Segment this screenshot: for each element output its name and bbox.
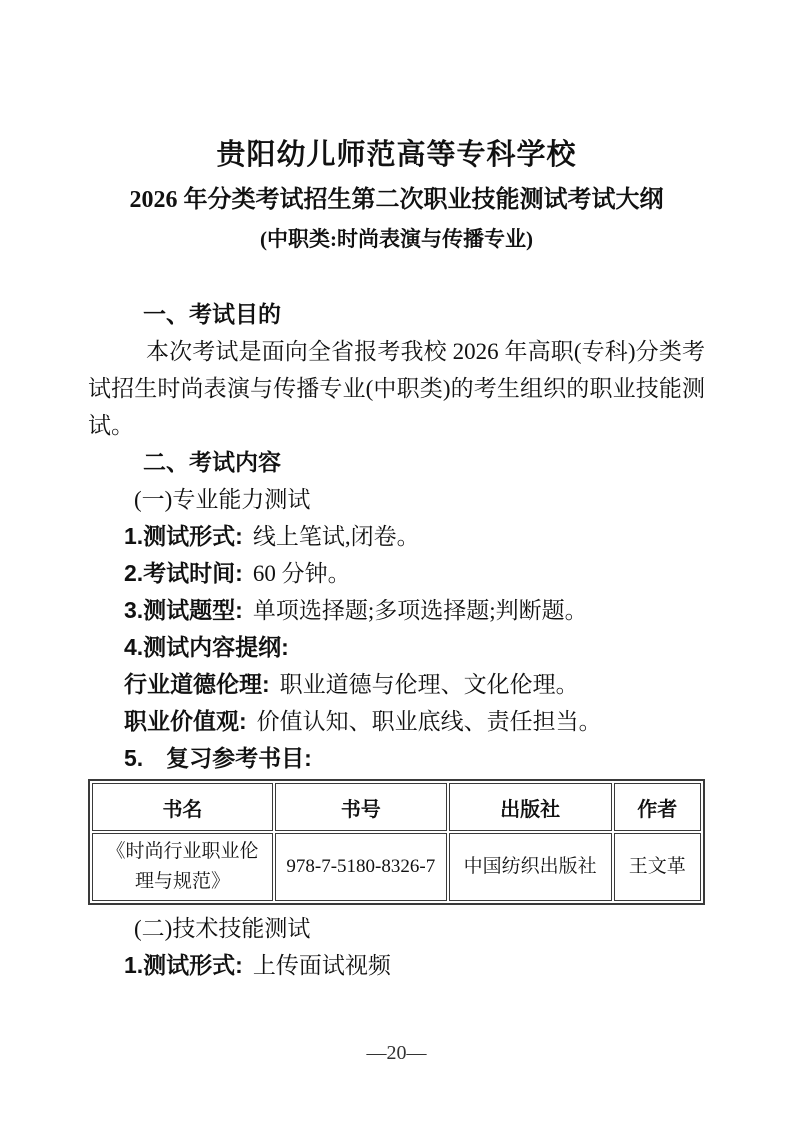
document-body: 贵阳幼儿师范高等专科学校 2026 年分类考试招生第二次职业技能测试考试大纲 (… <box>0 0 793 984</box>
item-exam-time: 2.考试时间:60 分钟。 <box>88 555 705 592</box>
table-cell-author: 王文革 <box>614 833 701 901</box>
section-1-heading: 一、考试目的 <box>88 296 705 333</box>
table-header-isbn: 书号 <box>275 783 447 831</box>
table-cell-isbn: 978-7-5180-8326-7 <box>275 833 447 901</box>
table-cell-book-name: 《时尚行业职业伦理与规范》 <box>92 833 273 901</box>
table-header-publisher: 出版社 <box>449 783 612 831</box>
section-2-subsection-2: (二)技术技能测试 <box>88 910 705 947</box>
document-page: 贵阳幼儿师范高等专科学校 2026 年分类考试招生第二次职业技能测试考试大纲 (… <box>0 0 793 1122</box>
document-subtitle: (中职类:时尚表演与传播专业) <box>88 224 705 254</box>
item-content: 价值认知、职业底线、责任担当。 <box>257 709 602 734</box>
school-name: 贵阳幼儿师范高等专科学校 <box>88 138 705 172</box>
document-title: 2026 年分类考试招生第二次职业技能测试考试大纲 <box>88 184 705 216</box>
table-row: 《时尚行业职业伦理与规范》 978-7-5180-8326-7 中国纺织出版社 … <box>92 833 701 901</box>
item-label: 5. 复习参考书目: <box>124 745 312 771</box>
section-1-paragraph-line-2: 试招生时尚表演与传播专业(中职类)的考生组织的职业技能测 <box>88 370 705 407</box>
item-test-format: 1.测试形式:线上笔试,闭卷。 <box>88 518 705 555</box>
table-header-row: 书名 书号 出版社 作者 <box>92 783 701 831</box>
item-industry-ethics: 行业道德伦理:职业道德与伦理、文化伦理。 <box>88 666 705 703</box>
section-1-paragraph-line-3: 试。 <box>88 407 705 444</box>
item-content: 60 分钟。 <box>253 561 351 586</box>
item-professional-values: 职业价值观:价值认知、职业底线、责任担当。 <box>88 703 705 740</box>
reference-books-table: 书名 书号 出版社 作者 《时尚行业职业伦理与规范》 978-7-5180-83… <box>88 779 705 905</box>
section-2-subsection-1: (一)专业能力测试 <box>88 481 705 518</box>
item-label: 3.测试题型: <box>124 597 243 623</box>
item-label: 职业价值观: <box>124 708 247 734</box>
item-content-outline: 4.测试内容提纲: <box>88 629 705 666</box>
item-label: 2.考试时间: <box>124 560 243 586</box>
item-reference-books: 5. 复习参考书目: <box>88 740 705 777</box>
item-content: 线上笔试,闭卷。 <box>253 524 420 549</box>
item-label: 行业道德伦理: <box>124 671 270 697</box>
section-1-paragraph-line-1: 本次考试是面向全省报考我校 2026 年高职(专科)分类考 <box>88 333 705 370</box>
item-question-types: 3.测试题型:单项选择题;多项选择题;判断题。 <box>88 592 705 629</box>
section-2-heading: 二、考试内容 <box>88 444 705 481</box>
item-video-test-format: 1.测试形式:上传面试视频 <box>88 947 705 984</box>
item-content: 职业道德与伦理、文化伦理。 <box>280 672 579 697</box>
item-label: 4.测试内容提纲: <box>124 634 289 660</box>
item-content: 上传面试视频 <box>253 953 391 978</box>
page-number: —20— <box>0 1034 793 1072</box>
item-content: 单项选择题;多项选择题;判断题。 <box>253 598 588 623</box>
table-cell-publisher: 中国纺织出版社 <box>449 833 612 901</box>
table-header-author: 作者 <box>614 783 701 831</box>
item-label: 1.测试形式: <box>124 952 243 978</box>
table-header-book-name: 书名 <box>92 783 273 831</box>
item-label: 1.测试形式: <box>124 523 243 549</box>
